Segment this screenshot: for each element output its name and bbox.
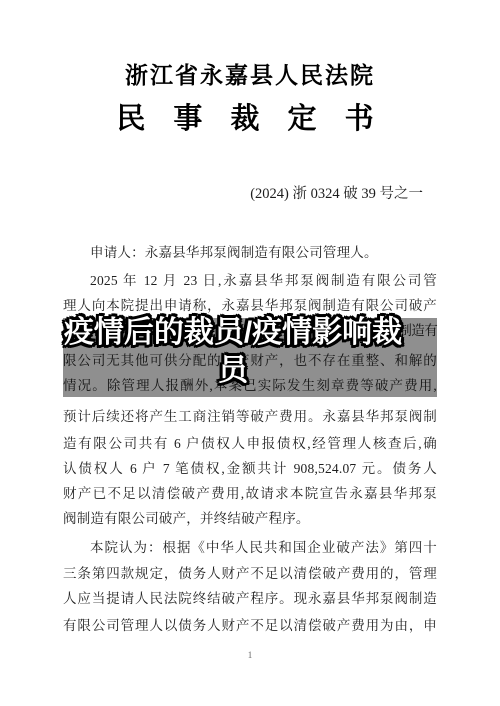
document-line: 申请人：永嘉县华邦泵阀制造有限公司管理人。 <box>63 240 437 265</box>
document-line: 造有限公司共有 6 户债权人申报债权,经管理人核查后,确 <box>63 431 437 456</box>
page-number: 1 <box>0 649 500 661</box>
document-line: 阀制造有限公司破产，并终结破产程序。 <box>63 506 437 531</box>
document-line: 人应当提请人民法院终结破产程序。现永嘉县华邦泵阀制造 <box>63 586 437 611</box>
court-name-heading: 浙江省永嘉县人民法院 <box>0 62 500 88</box>
document-page: 浙江省永嘉县人民法院 民 事 裁 定 书 (2024) 浙 0324 破 39 … <box>0 0 500 706</box>
document-line: 认债权人 6 户 7 笔债权,金额共计 908,524.07 元。债务人 <box>63 456 437 481</box>
document-line: 本院认为：根据《中华人民共和国企业破产法》第四十 <box>63 535 437 560</box>
document-line: 2025 年 12 月 23 日,永嘉县华邦泵阀制造有限公司管 <box>63 268 437 293</box>
document-line: 财产已不足以清偿破产费用,故请求本院宣告永嘉县华邦泵 <box>63 481 437 506</box>
document-line: 三条第四款规定，债务人财产不足以清偿破产费用的，管理 <box>63 561 437 586</box>
document-line: 预计后续还将产生工商注销等破产费用。永嘉县华邦泵阀制 <box>63 404 437 429</box>
document-type-title: 民 事 裁 定 书 <box>0 102 500 136</box>
case-number: (2024) 浙 0324 破 39 号之一 <box>0 185 500 203</box>
document-line: 有限公司管理人以债务人财产不足以清偿破产费用为由，申 <box>63 613 437 638</box>
watermark-title: 疫情后的裁员/疫情影响裁 员 <box>46 314 420 390</box>
document-body: 申请人：永嘉县华邦泵阀制造有限公司管理人。 2025 年 12 月 23 日,永… <box>63 240 437 638</box>
